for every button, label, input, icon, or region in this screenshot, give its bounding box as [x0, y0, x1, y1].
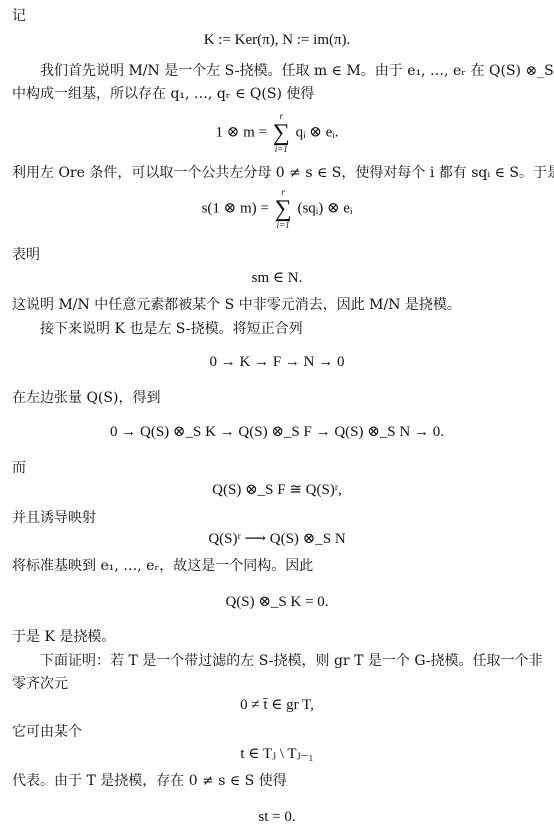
paragraph-line: 代表。由于 T 是挠模，存在 0 ≠ s ∈ S 使得	[12, 771, 544, 791]
equation-rhs: qᵢ ⊗ eᵢ.	[296, 124, 339, 140]
equation-rhs: (sqᵢ) ⊗ eᵢ	[297, 200, 352, 216]
equation-lhs: 1 ⊗ m =	[216, 124, 271, 140]
equation-lhs: s(1 ⊗ m) =	[202, 200, 273, 216]
paragraph-line: 接下来说明 K 也是左 S-挠模。将短正合列	[40, 319, 544, 339]
summation-symbol: r ∑ i=1	[275, 188, 292, 230]
text-line: 并且诱导映射	[12, 508, 544, 528]
equation-short-exact-sequence: 0 → K → F → N → 0	[0, 352, 554, 372]
sigma-icon: ∑	[273, 121, 290, 145]
paragraph-line: 下面证明：若 T 是一个带过滤的左 S-挠模，则 gr T 是一个 G-挠模。任…	[40, 651, 544, 671]
sum-lower-limit: i=1	[275, 221, 292, 230]
text-line: 而	[12, 458, 544, 478]
equation-membership: sm ∈ N.	[0, 268, 554, 288]
equation-expansion: 1 ⊗ m = r ∑ i=1 qᵢ ⊗ eᵢ.	[0, 112, 554, 154]
equation-tensored-sequence: 0 → Q(S) ⊗_S K → Q(S) ⊗_S F → Q(S) ⊗_S N…	[0, 422, 554, 442]
text-line: 于是 K 是挠模。	[12, 627, 544, 647]
equation-induced-map: Q(S)ʳ ⟶ Q(S) ⊗_S N	[0, 529, 554, 549]
paragraph-line: 利用左 Ore 条件，可以取一个公共左分母 0 ≠ s ∈ S，使得对每个 i …	[12, 163, 544, 183]
paragraph-line: 在左边张量 Q(S)，得到	[12, 388, 544, 408]
equation-scaled-expansion: s(1 ⊗ m) = r ∑ i=1 (sqᵢ) ⊗ eᵢ	[0, 188, 554, 230]
sigma-icon: ∑	[275, 197, 292, 221]
text-line: 它可由某个	[12, 722, 544, 742]
paragraph-line: 零齐次元	[12, 674, 544, 694]
sum-lower-limit: i=1	[273, 145, 290, 154]
text-line: 记	[12, 6, 544, 26]
equation-homogeneous-element: 0 ≠ t̄ ∈ gr T,	[0, 695, 554, 715]
equation-annihilation: st = 0.	[0, 807, 554, 827]
paragraph-line: 将标准基映到 e₁, …, eᵣ，故这是一个同构。因此	[12, 556, 544, 576]
equation-definitions: K := Ker(π), N := im(π).	[0, 30, 554, 50]
paragraph-line: 这说明 M/N 中任意元素都被某个 S 中非零元消去，因此 M/N 是挠模。	[12, 295, 544, 315]
text-line: 表明	[12, 245, 544, 265]
equation-tensor-zero: Q(S) ⊗_S K = 0.	[0, 592, 554, 612]
summation-symbol: r ∑ i=1	[273, 112, 290, 154]
equation-representative: t ∈ Tⱼ \ Tⱼ₋₁	[0, 744, 554, 764]
equation-isomorphism: Q(S) ⊗_S F ≅ Q(S)ʳ,	[0, 480, 554, 500]
paragraph-line: 我们首先说明 M/N 是一个左 S-挠模。任取 m ∈ M。由于 e₁, …, …	[40, 61, 544, 81]
paragraph-line: 中构成一组基，所以存在 q₁, …, qᵣ ∈ Q(S) 使得	[12, 84, 544, 104]
